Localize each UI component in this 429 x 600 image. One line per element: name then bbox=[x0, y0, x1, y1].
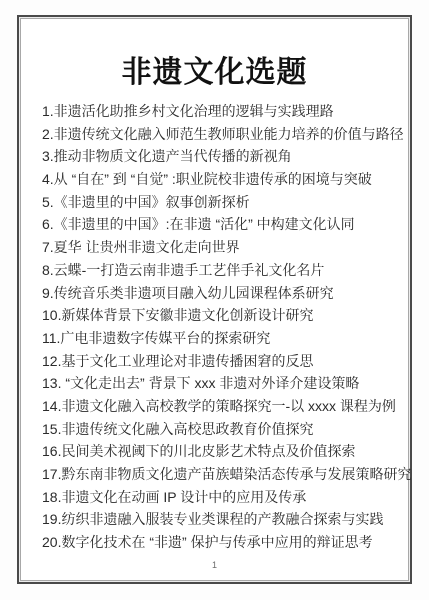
list-item: 12.基于文化工业理论对非遗传播困窘的反思 bbox=[42, 350, 400, 373]
list-item: 19.纺织非遗融入服装专业类课程的产教融合探索与实践 bbox=[42, 508, 400, 531]
list-item: 15.非遗传统文化融入高校思政教育价值探究 bbox=[42, 418, 400, 441]
list-item: 5.《非遗里的中国》叙事创新探析 bbox=[42, 191, 400, 214]
list-item: 4.从 “自在” 到 “自觉” :职业院校非遗传承的困境与突破 bbox=[42, 168, 400, 191]
list-item: 7.夏华 让贵州非遗文化走向世界 bbox=[42, 236, 400, 259]
list-item: 9.传统音乐类非遗项目融入幼儿园课程体系研究 bbox=[42, 282, 400, 305]
list-item: 20.数字化技术在 “非遗” 保护与传承中应用的辩证思考 bbox=[42, 531, 400, 554]
list-item: 6.《非遗里的中国》:在非遗 “活化” 中构建文化认同 bbox=[42, 213, 400, 236]
list-item: 13. “文化走出去” 背景下 xxx 非遗对外译介建设策略 bbox=[42, 372, 400, 395]
list-item: 8.云蝶-一打造云南非遗手工艺伴手礼文化名片 bbox=[42, 259, 400, 282]
document-viewport: 非遗文化选题 1.非遗活化助推乡村文化治理的逻辑与实践理路 2.非遗传统文化融入… bbox=[0, 0, 429, 600]
list-item: 17.黔东南非物质文化遗产苗族蜡染活态传承与发展策略研究 bbox=[42, 463, 400, 486]
list-item: 14.非遗文化融入高校教学的策略探究一-以 xxxx 课程为例 bbox=[42, 395, 400, 418]
list-item: 10.新媒体背景下安徽非遗文化创新设计研究 bbox=[42, 304, 400, 327]
list-item: 11.广电非遗数字传媒平台的探索研究 bbox=[42, 327, 400, 350]
document-page: 非遗文化选题 1.非遗活化助推乡村文化治理的逻辑与实践理路 2.非遗传统文化融入… bbox=[17, 15, 412, 584]
topic-list: 1.非遗活化助推乡村文化治理的逻辑与实践理路 2.非遗传统文化融入师范生教师职业… bbox=[42, 100, 400, 554]
list-item: 3.推动非物质文化遗产当代传播的新视角 bbox=[42, 145, 400, 168]
list-item: 1.非遗活化助推乡村文化治理的逻辑与实践理路 bbox=[42, 100, 400, 123]
list-item: 16.民间美术视阈下的川北皮影艺术特点及价值探索 bbox=[42, 440, 400, 463]
list-item: 18.非遗文化在动画 IP 设计中的应用及传承 bbox=[42, 486, 400, 509]
page-title: 非遗文化选题 bbox=[19, 57, 410, 89]
page-number: 1 bbox=[19, 560, 410, 570]
list-item: 2.非遗传统文化融入师范生教师职业能力培养的价值与路径 bbox=[42, 123, 400, 146]
